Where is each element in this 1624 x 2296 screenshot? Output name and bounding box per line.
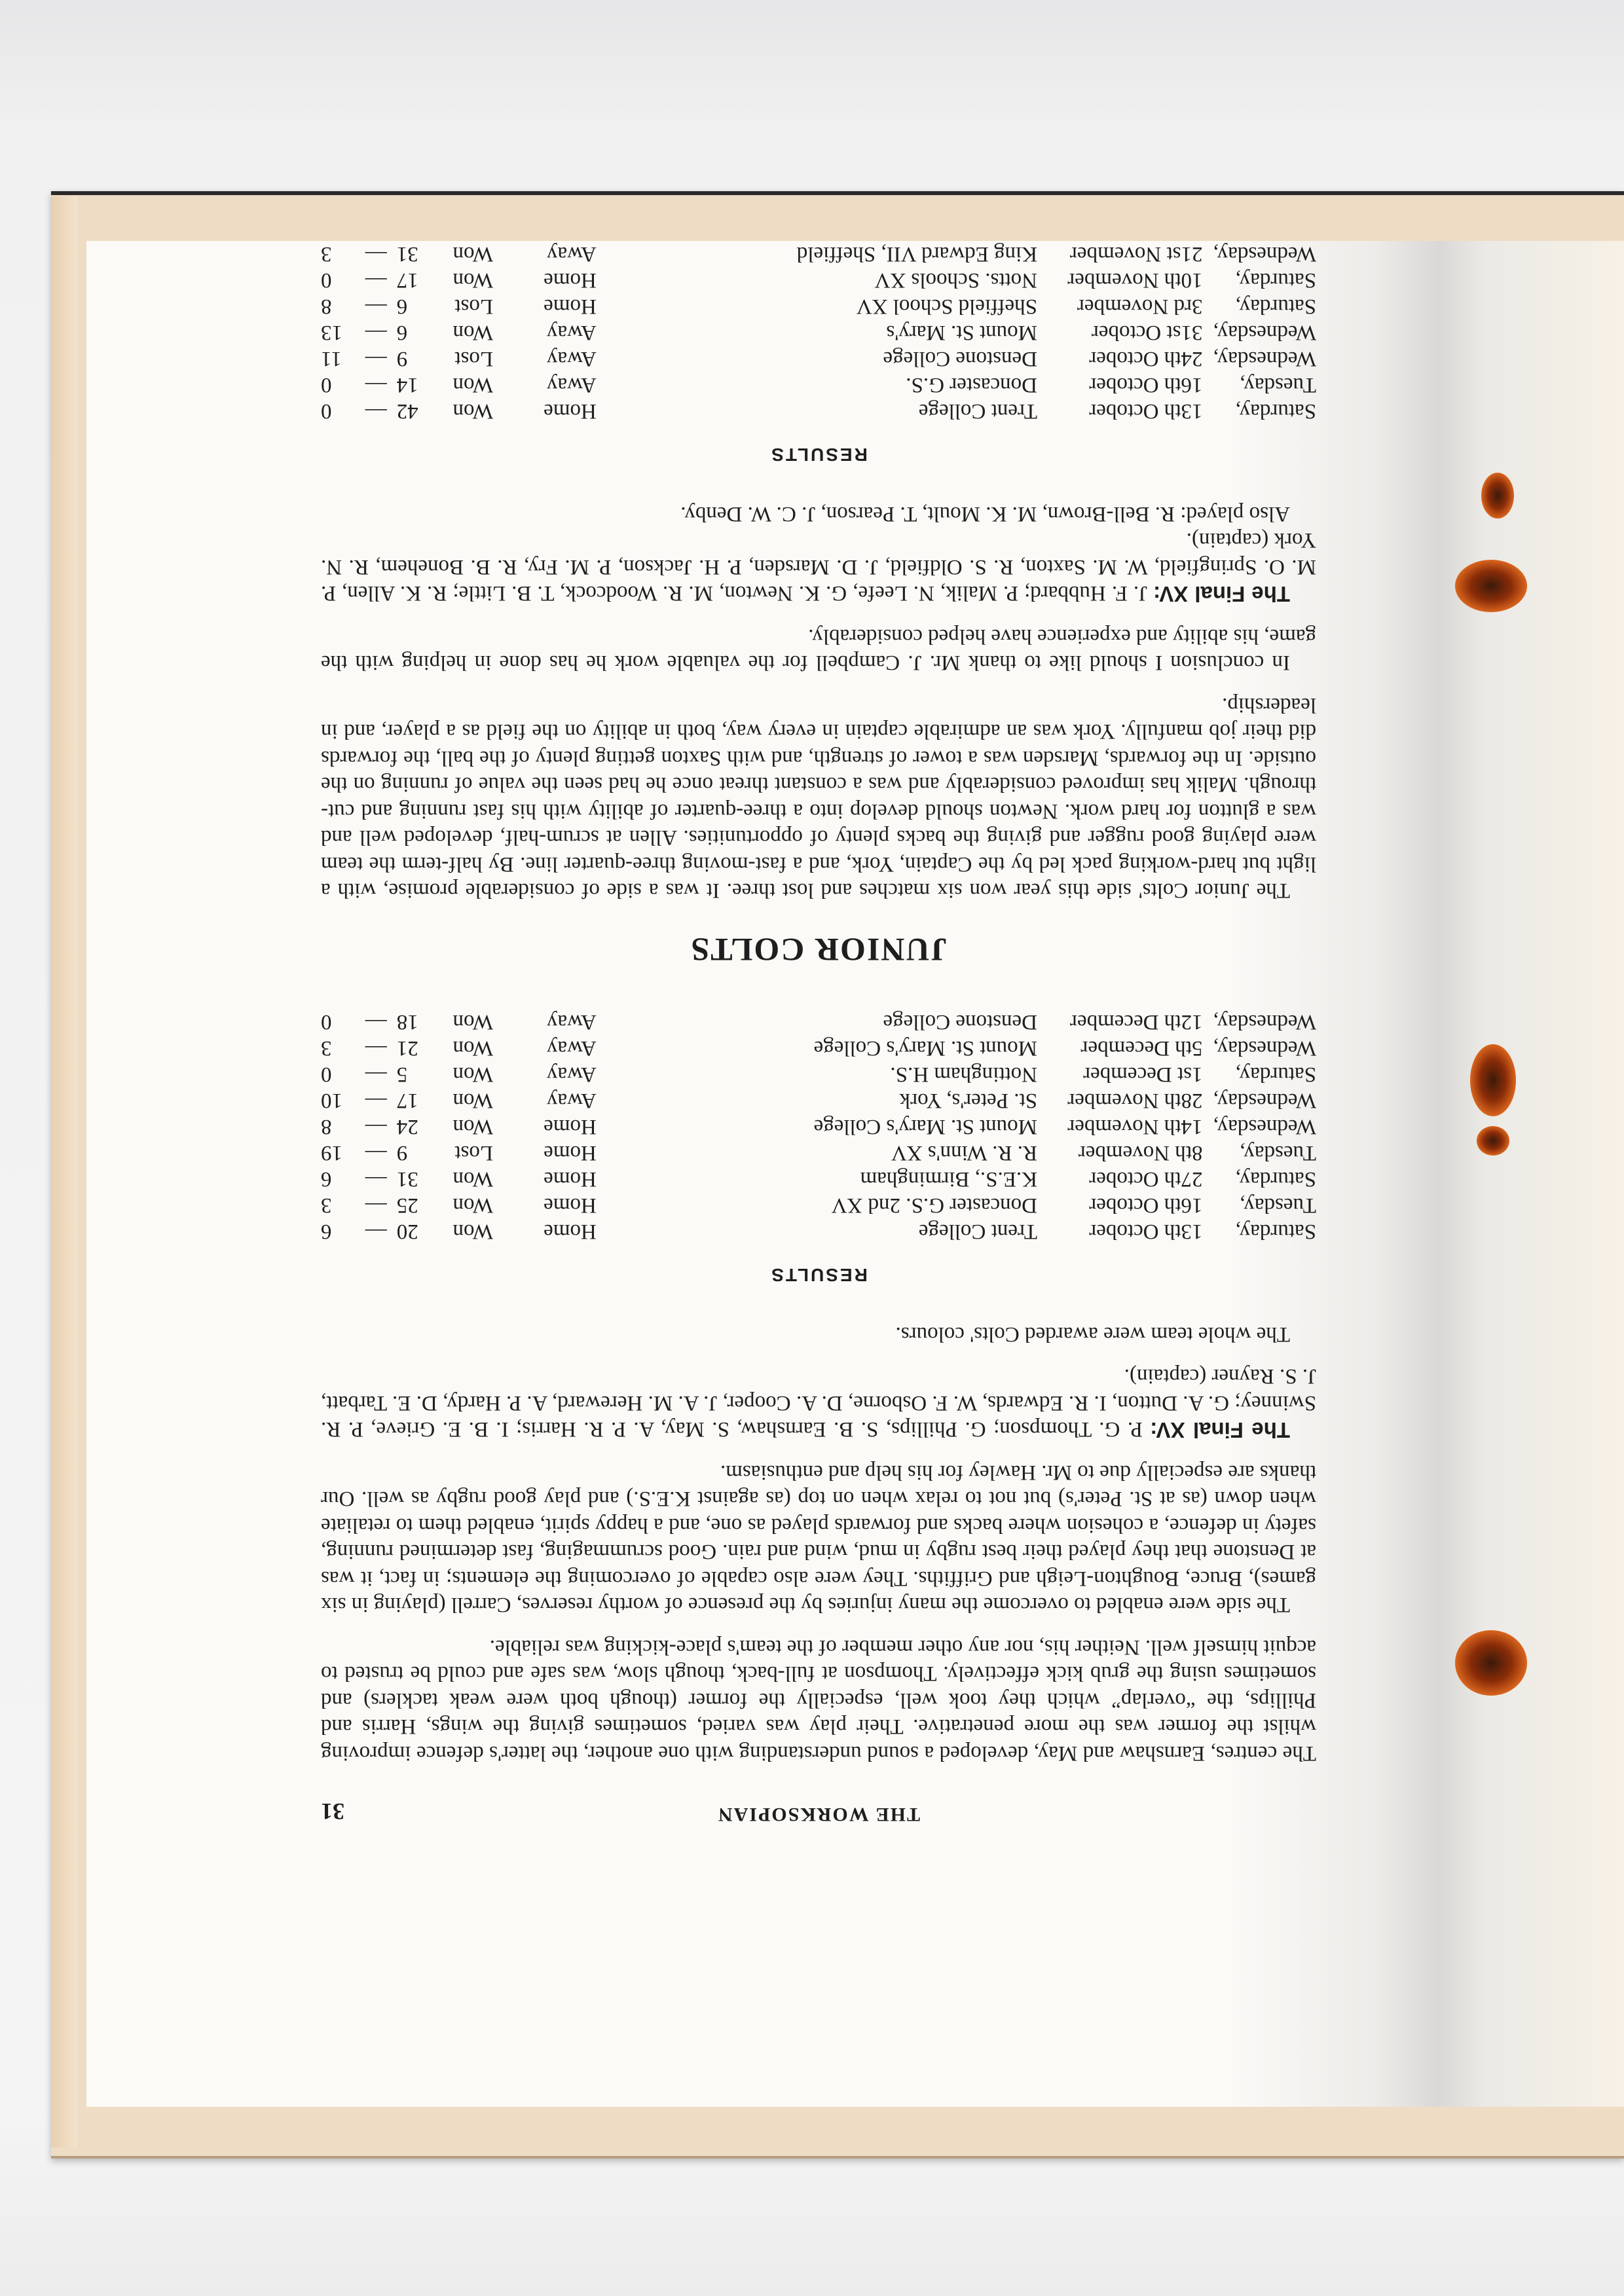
match-day: Saturday, — [1202, 1166, 1316, 1192]
points-against: 0 — [321, 267, 356, 293]
score-separator: — — [356, 1009, 397, 1035]
venue: Home — [493, 1218, 597, 1245]
results-row: Wednesday,24th OctoberDenstone CollegeAw… — [321, 346, 1316, 372]
venue: Home — [493, 1114, 597, 1140]
opponent: Nottingham H.S. — [597, 1061, 1037, 1087]
match-date: 28th November — [1037, 1087, 1202, 1114]
result: Won — [431, 1009, 493, 1035]
points-against: 13 — [321, 319, 356, 346]
venue: Away — [493, 1035, 597, 1061]
match-day: Tuesday, — [1202, 372, 1316, 398]
venue: Home — [493, 1140, 597, 1166]
scorch-mark — [1470, 1044, 1516, 1116]
result: Won — [431, 1166, 493, 1192]
points-for: 18 — [397, 1009, 432, 1035]
junior-colts-results-table: Saturday,13th OctoberTrent CollegeHomeWo… — [321, 241, 1316, 424]
points-against: 3 — [321, 241, 356, 267]
score-separator: — — [356, 1087, 397, 1114]
points-for: 9 — [397, 1140, 432, 1166]
venue: Away — [493, 372, 597, 398]
colts-paragraph-1: The centres, Earnshaw and May, developed… — [321, 1634, 1316, 1767]
colts-paragraph-2: The side were enabled to overcome the ma… — [321, 1459, 1316, 1618]
match-date: 13th October — [1037, 398, 1202, 424]
match-day: Saturday, — [1202, 267, 1316, 293]
results-row: Saturday,10th NovemberNotts. Schools XVH… — [321, 267, 1316, 293]
junior-colts-paragraph-2: In conclusion I should like to thank Mr.… — [321, 623, 1316, 676]
venue: Home — [493, 398, 597, 424]
results-row: Wednesday,14th NovemberMount St. Mary's … — [321, 1114, 1316, 1140]
result: Lost — [431, 1140, 493, 1166]
score-separator: — — [356, 293, 397, 319]
result: Won — [431, 319, 493, 346]
opponent: Trent College — [597, 398, 1037, 424]
results-row: Wednesday,21st NovemberKing Edward VII, … — [321, 241, 1316, 267]
opponent: Denstone College — [597, 346, 1037, 372]
result: Lost — [431, 346, 493, 372]
match-day: Tuesday, — [1202, 1140, 1316, 1166]
results-row: Wednesday,31st OctoberMount St. Mary'sAw… — [321, 319, 1316, 346]
venue: Home — [493, 1192, 597, 1218]
score-separator: — — [356, 1218, 397, 1245]
match-date: 27th October — [1037, 1166, 1202, 1192]
score-separator: — — [356, 1192, 397, 1218]
scorch-mark — [1477, 1126, 1509, 1156]
match-day: Wednesday, — [1202, 1035, 1316, 1061]
results-row: Tuesday,16th OctoberDoncaster G.S. 2nd X… — [321, 1192, 1316, 1218]
opponent: Notts. Schools XV — [597, 267, 1037, 293]
result: Won — [431, 241, 493, 267]
points-for: 17 — [397, 267, 432, 293]
results-row: Tuesday,16th OctoberDoncaster G.S.AwayWo… — [321, 372, 1316, 398]
running-head: THE WORKSOPIAN 31 — [321, 1799, 1316, 1825]
match-date: 8th November — [1037, 1140, 1202, 1166]
publication-title: THE WORKSOPIAN — [321, 1803, 1316, 1825]
result: Won — [431, 267, 493, 293]
result: Won — [431, 372, 493, 398]
match-day: Tuesday, — [1202, 1192, 1316, 1218]
match-day: Saturday, — [1202, 1061, 1316, 1087]
results-row: Tuesday,8th NovemberR. R. Winn's XVHomeL… — [321, 1140, 1316, 1166]
points-against: 3 — [321, 1192, 356, 1218]
text-column: The centres, Earnshaw and May, developed… — [321, 241, 1316, 1766]
venue: Home — [493, 293, 597, 319]
points-for: 31 — [397, 1166, 432, 1192]
match-date: 13th October — [1037, 1218, 1202, 1245]
match-date: 21st November — [1037, 241, 1202, 267]
points-against: 0 — [321, 1061, 356, 1087]
points-for: 6 — [397, 293, 432, 319]
venue: Away — [493, 1009, 597, 1035]
match-date: 3rd November — [1037, 293, 1202, 319]
junior-colts-paragraph-1: The Junior Colts' side this year won six… — [321, 692, 1316, 904]
match-date: 16th October — [1037, 1192, 1202, 1218]
points-against: 6 — [321, 1218, 356, 1245]
opponent: R. R. Winn's XV — [597, 1140, 1037, 1166]
venue: Home — [493, 267, 597, 293]
match-date: 14th November — [1037, 1114, 1202, 1140]
points-against: 0 — [321, 372, 356, 398]
points-against: 19 — [321, 1140, 356, 1166]
result: Won — [431, 1035, 493, 1061]
scorch-mark — [1455, 560, 1527, 612]
points-for: 24 — [397, 1114, 432, 1140]
opponent: King Edward VII, Sheffield — [597, 241, 1037, 267]
points-for: 20 — [397, 1218, 432, 1245]
match-date: 24th October — [1037, 346, 1202, 372]
opponent: Sheffield School XV — [597, 293, 1037, 319]
junior-colts-results-heading: RESULTS — [321, 441, 1316, 468]
points-against: 11 — [321, 346, 356, 372]
results-row: Wednesday,5th DecemberMount St. Mary's C… — [321, 1035, 1316, 1061]
points-for: 17 — [397, 1087, 432, 1114]
junior-colts-final-xv: The Final XV: J. F. Hubbard; P. Malik, N… — [321, 527, 1316, 608]
result: Won — [431, 1218, 493, 1245]
page-number: 31 — [321, 1798, 344, 1825]
points-against: 10 — [321, 1087, 356, 1114]
match-date: 31st October — [1037, 319, 1202, 346]
scanned-page: THE WORKSOPIAN 31 The centres, Earnshaw … — [86, 241, 1624, 2107]
score-separator: — — [356, 241, 397, 267]
points-against: 3 — [321, 1035, 356, 1061]
colts-final-xv: The Final XV: P. G. Thompson; G. Phillip… — [321, 1363, 1316, 1444]
results-row: Saturday,13th OctoberTrent CollegeHomeWo… — [321, 398, 1316, 424]
colours-note: The whole team were awarded Colts' colou… — [321, 1321, 1316, 1348]
points-for: 9 — [397, 346, 432, 372]
score-separator: — — [356, 1140, 397, 1166]
venue: Away — [493, 346, 597, 372]
score-separator: — — [356, 1061, 397, 1087]
match-date: 10th November — [1037, 267, 1202, 293]
result: Won — [431, 1061, 493, 1087]
result: Won — [431, 1087, 493, 1114]
opponent: Denstone College — [597, 1009, 1037, 1035]
match-day: Wednesday, — [1202, 1009, 1316, 1035]
score-separator: — — [356, 1035, 397, 1061]
results-row: Saturday,1st DecemberNottingham H.S.Away… — [321, 1061, 1316, 1087]
opponent: Mount St. Mary's — [597, 319, 1037, 346]
points-against: 0 — [321, 1009, 356, 1035]
points-for: 5 — [397, 1061, 432, 1087]
opponent: Doncaster G.S. 2nd XV — [597, 1192, 1037, 1218]
match-day: Wednesday, — [1202, 1114, 1316, 1140]
venue: Home — [493, 1166, 597, 1192]
match-day: Wednesday, — [1202, 241, 1316, 267]
venue: Away — [493, 241, 597, 267]
scorch-mark — [1481, 473, 1514, 519]
points-against: 0 — [321, 398, 356, 424]
opponent: K.E.S., Birmingham — [597, 1166, 1037, 1192]
final-xv-label: The Final XV: — [1150, 1419, 1290, 1443]
junior-colts-title: JUNIOR COLTS — [321, 937, 1316, 964]
match-date: 1st December — [1037, 1061, 1202, 1087]
cover-edge — [51, 196, 77, 2147]
result: Won — [431, 1192, 493, 1218]
result: Lost — [431, 293, 493, 319]
results-row: Wednesday,28th NovemberSt. Peter's, York… — [321, 1087, 1316, 1114]
opponent: Trent College — [597, 1218, 1037, 1245]
results-row: Saturday,13th OctoberTrent CollegeHomeWo… — [321, 1218, 1316, 1245]
score-separator: — — [356, 1114, 397, 1140]
match-day: Saturday, — [1202, 1218, 1316, 1245]
scorch-mark — [1455, 1630, 1527, 1696]
points-against: 8 — [321, 293, 356, 319]
results-row: Wednesday,12th DecemberDenstone CollegeA… — [321, 1009, 1316, 1035]
score-separator: — — [356, 398, 397, 424]
points-for: 21 — [397, 1035, 432, 1061]
match-day: Wednesday, — [1202, 1087, 1316, 1114]
match-date: 16th October — [1037, 372, 1202, 398]
result: Won — [431, 1114, 493, 1140]
match-date: 12th December — [1037, 1009, 1202, 1035]
points-against: 6 — [321, 1166, 356, 1192]
opponent: Mount St. Mary's College — [597, 1114, 1037, 1140]
score-separator: — — [356, 319, 397, 346]
final-xv-label: The Final XV: — [1153, 583, 1290, 607]
score-separator: — — [356, 346, 397, 372]
points-for: 42 — [397, 398, 432, 424]
results-row: Saturday,3rd NovemberSheffield School XV… — [321, 293, 1316, 319]
match-day: Saturday, — [1202, 293, 1316, 319]
also-played: Also played: R. Bell-Brown, M. K. Moult,… — [321, 501, 1316, 528]
result: Won — [431, 398, 493, 424]
score-separator: — — [356, 372, 397, 398]
points-for: 14 — [397, 372, 432, 398]
venue: Away — [493, 1061, 597, 1087]
points-for: 25 — [397, 1192, 432, 1218]
match-day: Saturday, — [1202, 398, 1316, 424]
match-day: Wednesday, — [1202, 319, 1316, 346]
opponent: Doncaster G.S. — [597, 372, 1037, 398]
venue: Away — [493, 319, 597, 346]
points-against: 8 — [321, 1114, 356, 1140]
score-separator: — — [356, 267, 397, 293]
colts-results-heading: RESULTS — [321, 1262, 1316, 1288]
venue: Away — [493, 1087, 597, 1114]
opponent: Mount St. Mary's College — [597, 1035, 1037, 1061]
opponent: St. Peter's, York — [597, 1087, 1037, 1114]
colts-results-table: Saturday,13th OctoberTrent CollegeHomeWo… — [321, 1009, 1316, 1245]
page-content-rotated: THE WORKSOPIAN 31 The centres, Earnshaw … — [86, 241, 1624, 2107]
match-day: Wednesday, — [1202, 346, 1316, 372]
match-date: 5th December — [1037, 1035, 1202, 1061]
results-row: Saturday,27th OctoberK.E.S., BirminghamH… — [321, 1166, 1316, 1192]
points-for: 31 — [397, 241, 432, 267]
points-for: 6 — [397, 319, 432, 346]
score-separator: — — [356, 1166, 397, 1192]
